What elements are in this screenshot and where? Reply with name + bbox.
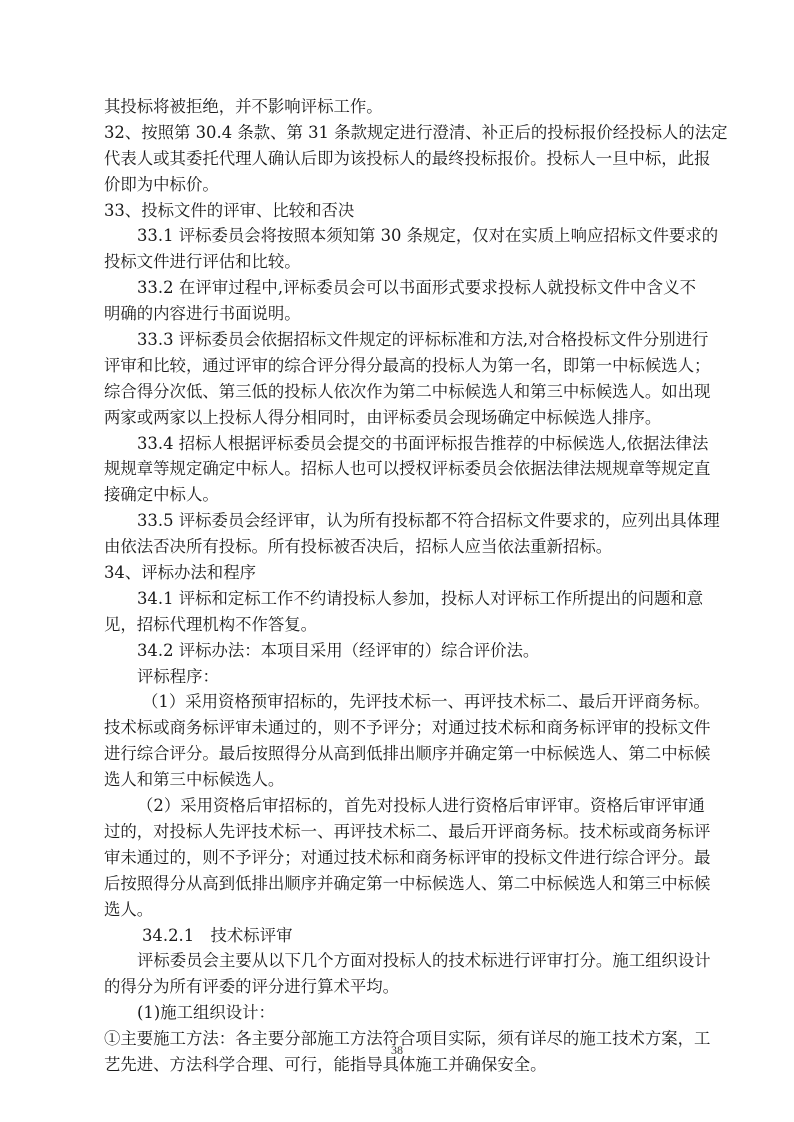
text-line: 33.2 在评审过程中,评标委员会可以书面形式要求投标人就投标文件中含义不	[104, 275, 696, 301]
text-line: (1)施工组织设计：	[104, 1000, 696, 1026]
text-line: 的得分为所有评委的评分进行算术平均。	[104, 974, 696, 1000]
text-line: 后按照得分从高到低排出顺序并确定第一中标候选人、第二中标候选人和第三中标候	[104, 871, 696, 897]
document-body: 其投标将被拒绝，并不影响评标工作。32、按照第 30.4 条款、第 31 条款规…	[104, 94, 696, 1078]
text-line: 见，招标代理机构不作答复。	[104, 612, 696, 638]
text-line: 其投标将被拒绝，并不影响评标工作。	[104, 94, 696, 120]
text-line: 34、评标办法和程序	[104, 560, 696, 586]
text-line: 明确的内容进行书面说明。	[104, 301, 696, 327]
text-line: 综合得分次低、第三低的投标人依次作为第二中标候选人和第三中标候选人。如出现	[104, 379, 696, 405]
text-line: （1）采用资格预审招标的，先评技术标一、再评技术标二、最后开评商务标。	[104, 689, 696, 715]
text-line: 34.1 评标和定标工作不约请投标人参加，投标人对评标工作所提出的问题和意	[104, 586, 696, 612]
text-line: 34.2.1 技术标评审	[104, 923, 696, 949]
text-line: 33.5 评标委员会经评审，认为所有投标都不符合招标文件要求的，应列出具体理	[104, 508, 696, 534]
text-line: 33.1 评标委员会将按照本须知第 30 条规定，仅对在实质上响应招标文件要求的	[104, 223, 696, 249]
text-line: 进行综合评分。最后按照得分从高到低排出顺序并确定第一中标候选人、第二中标候	[104, 741, 696, 767]
text-line: 32、按照第 30.4 条款、第 31 条款规定进行澄清、补正后的投标报价经投标…	[104, 120, 696, 146]
text-line: 评标程序：	[104, 664, 696, 690]
text-line: 投标文件进行评估和比较。	[104, 249, 696, 275]
text-line: 33.4 招标人根据评标委员会提交的书面评标报告推荐的中标候选人,依据法律法	[104, 431, 696, 457]
text-line: 技术标或商务标评审未通过的，则不予评分；对通过技术标和商务标评审的投标文件	[104, 715, 696, 741]
text-line: 34.2 评标办法：本项目采用（经评审的）综合评价法。	[104, 638, 696, 664]
text-line: 33、投标文件的评审、比较和否决	[104, 198, 696, 224]
text-line: 价即为中标价。	[104, 172, 696, 198]
text-line: 两家或两家以上投标人得分相同时，由评标委员会现场确定中标候选人排序。	[104, 405, 696, 431]
text-line: 规规章等规定确定中标人。招标人也可以授权评标委员会依据法律法规规章等规定直	[104, 456, 696, 482]
text-line: 选人。	[104, 897, 696, 923]
text-line: 审未通过的，则不予评分；对通过技术标和商务标评审的投标文件进行综合评分。最	[104, 845, 696, 871]
text-line: 过的，对投标人先评技术标一、再评技术标二、最后开评商务标。技术标或商务标评	[104, 819, 696, 845]
text-line: 代表人或其委托代理人确认后即为该投标人的最终投标报价。投标人一旦中标，此报	[104, 146, 696, 172]
page-number: 38	[0, 1043, 794, 1058]
text-line: 接确定中标人。	[104, 482, 696, 508]
text-line: 33.3 评标委员会依据招标文件规定的评标标准和方法,对合格投标文件分别进行	[104, 327, 696, 353]
text-line: 选人和第三中标候选人。	[104, 767, 696, 793]
text-line: 由依法否决所有投标。所有投标被否决后，招标人应当依法重新招标。	[104, 534, 696, 560]
text-line: 评审和比较，通过评审的综合评分得分最高的投标人为第一名，即第一中标候选人；	[104, 353, 696, 379]
text-line: 评标委员会主要从以下几个方面对投标人的技术标进行评审打分。施工组织设计	[104, 948, 696, 974]
text-line: （2）采用资格后审招标的，首先对投标人进行资格后审评审。资格后审评审通	[104, 793, 696, 819]
